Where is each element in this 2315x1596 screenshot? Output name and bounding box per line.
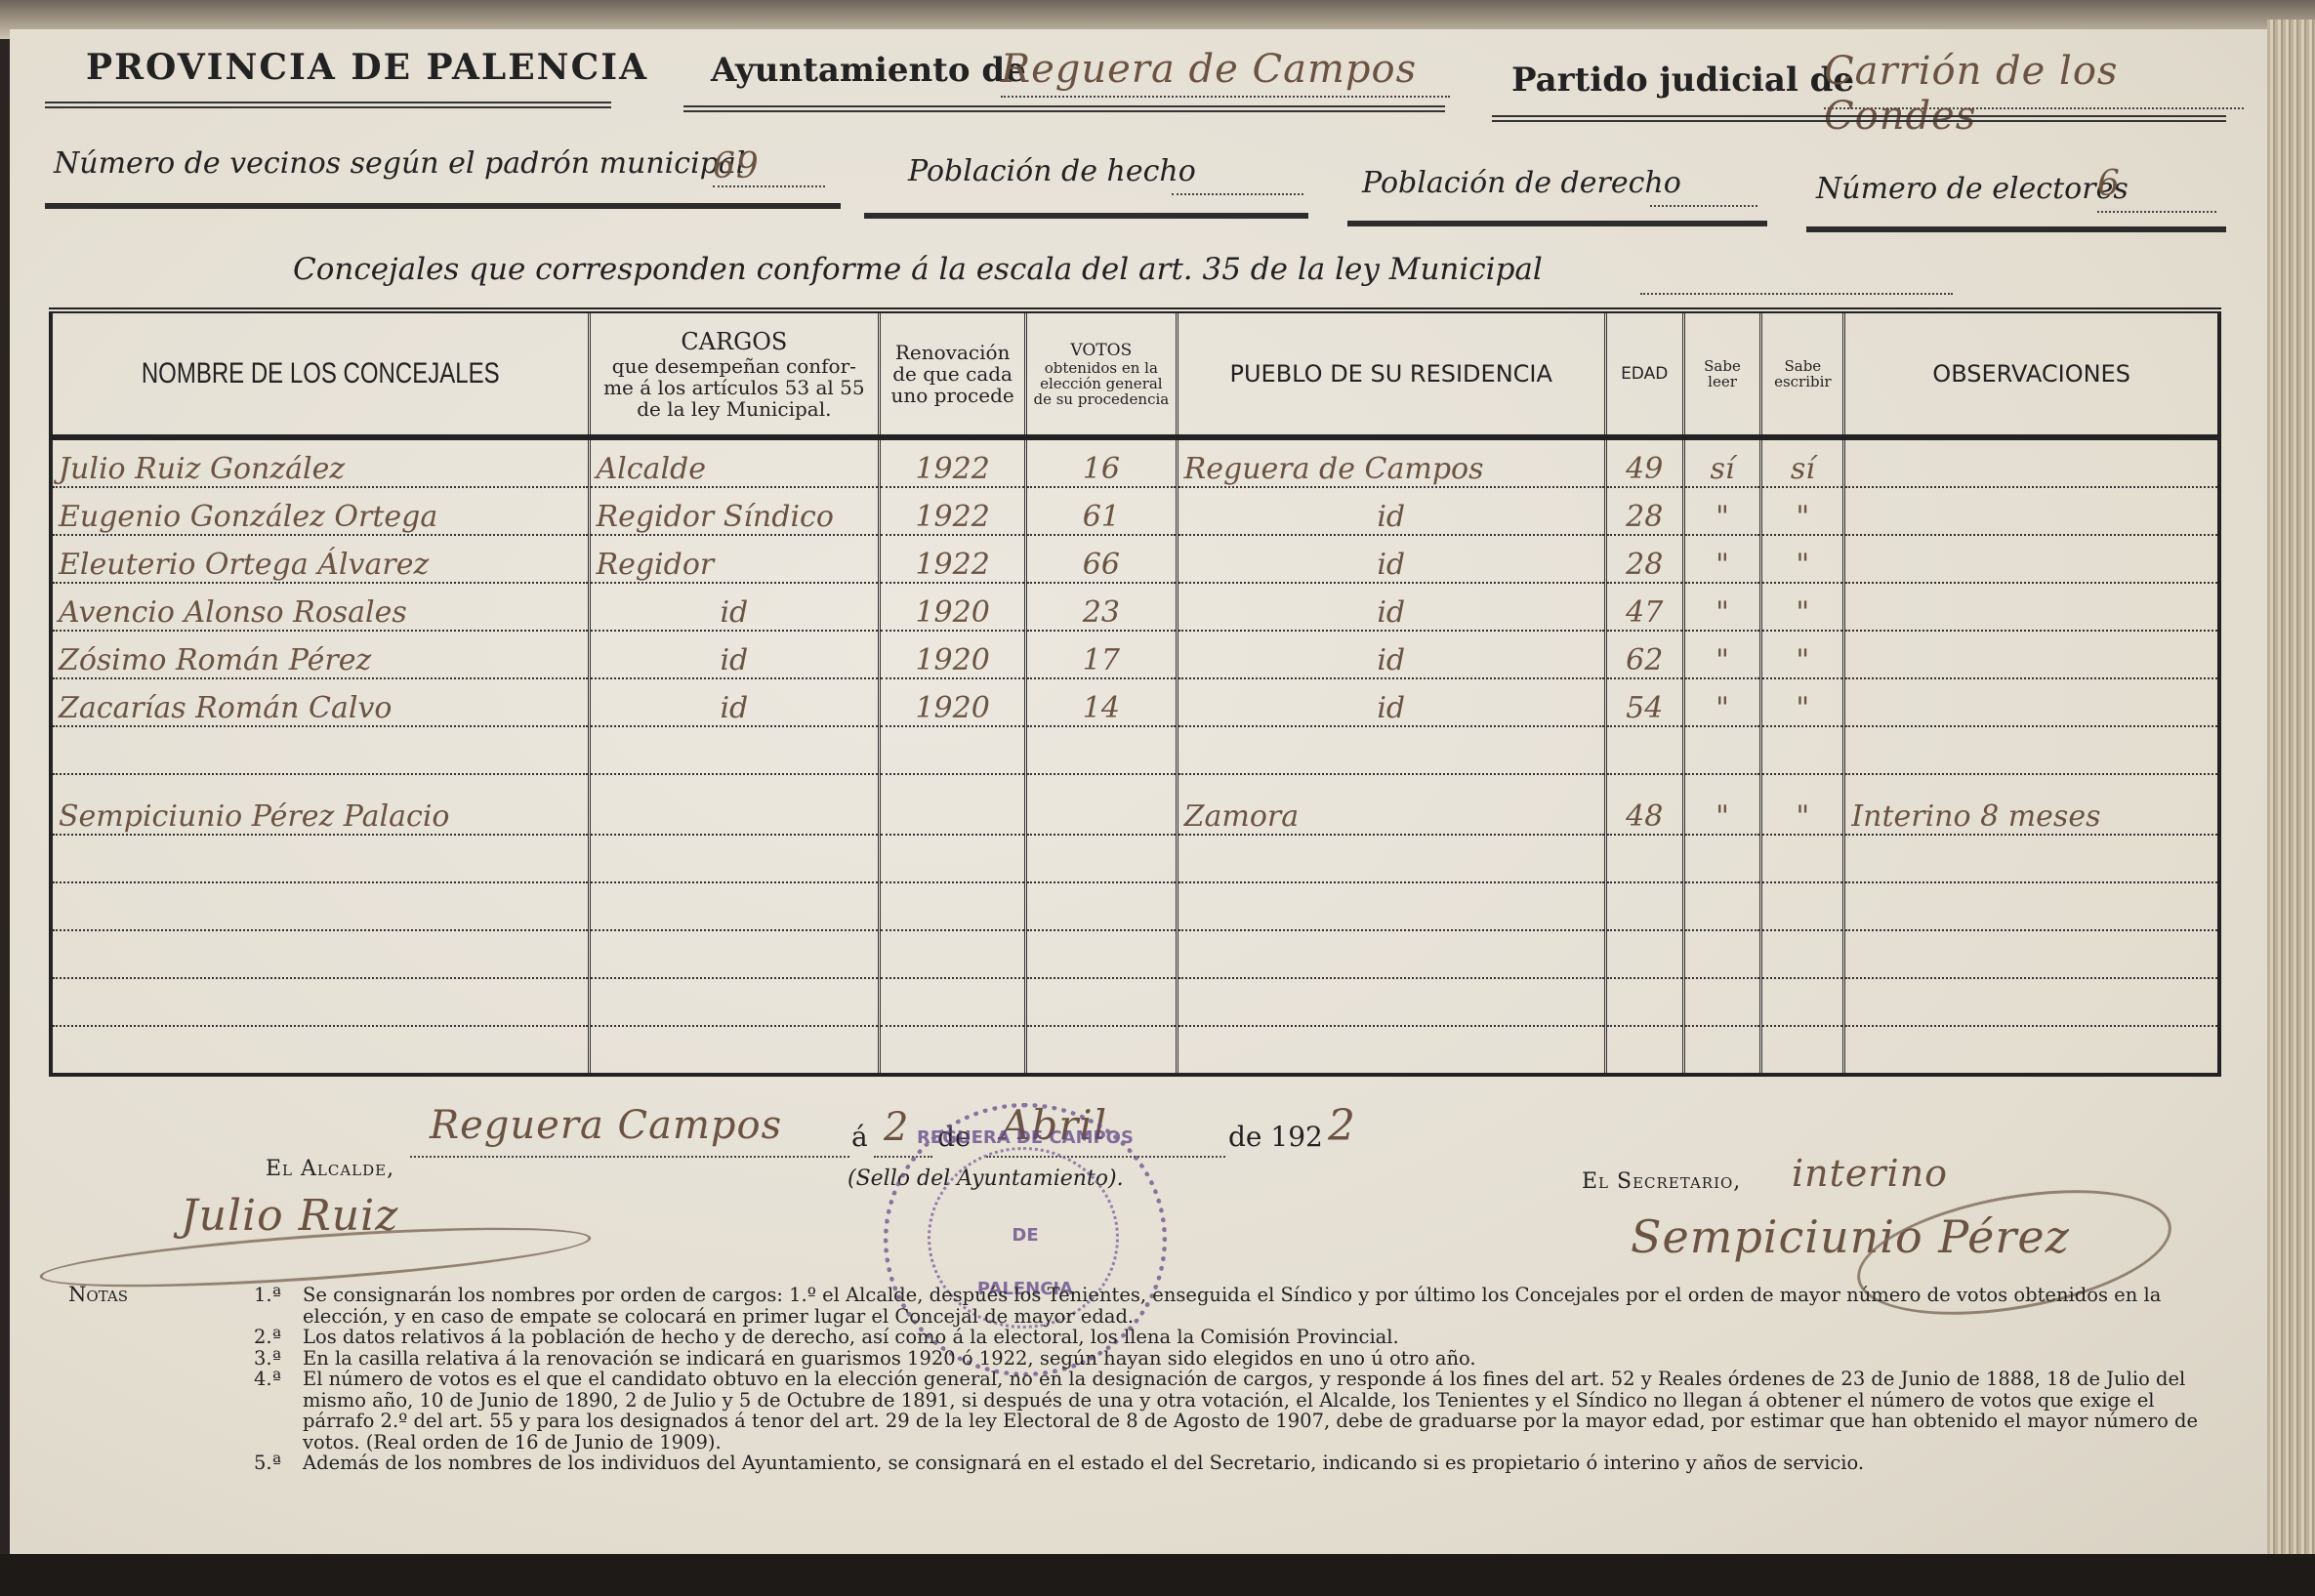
concejales-value[interactable]: [1640, 283, 1953, 295]
cell-nombre[interactable]: [51, 1026, 589, 1075]
cell-observaciones[interactable]: [1844, 437, 2219, 487]
cell-nombre[interactable]: Avencio Alonso Rosales: [51, 583, 589, 631]
cell-leer[interactable]: ": [1683, 487, 1761, 535]
cell-votos[interactable]: [1026, 882, 1178, 930]
header-renovacion: Renovación de que cada uno procede: [880, 310, 1026, 437]
cell-edad[interactable]: [1605, 930, 1683, 978]
table-row: Eleuterio Ortega ÁlvarezRegidor192266id2…: [51, 535, 2219, 583]
table-header-row: NOMBRE DE LOS CONCEJALES CARGOSque desem…: [51, 310, 2219, 437]
header-votos: VOTOSobtenidos en la elección general de…: [1026, 310, 1178, 437]
cell-pueblo[interactable]: [1177, 930, 1605, 978]
table-row: Julio Ruiz GonzálezAlcalde192216Reguera …: [51, 437, 2219, 487]
cell-observaciones[interactable]: [1844, 678, 2219, 726]
cell-pueblo[interactable]: id: [1177, 487, 1605, 535]
cell-edad[interactable]: 47: [1605, 583, 1683, 631]
vecinos-value[interactable]: 69: [713, 146, 825, 187]
cell-edad[interactable]: [1605, 978, 1683, 1026]
cell-edad[interactable]: [1605, 1026, 1683, 1075]
cell-observaciones[interactable]: [1844, 930, 2219, 978]
cell-pueblo[interactable]: [1177, 1026, 1605, 1075]
cell-votos[interactable]: [1026, 835, 1178, 882]
cell-renovacion[interactable]: 1922: [880, 535, 1026, 583]
cell-cargo[interactable]: [589, 882, 880, 930]
cell-edad[interactable]: 28: [1605, 487, 1683, 535]
cell-escribir[interactable]: sí: [1761, 437, 1844, 487]
table-row: [51, 726, 2219, 774]
cell-cargo[interactable]: Regidor Síndico: [589, 487, 880, 535]
cell-votos[interactable]: [1026, 726, 1178, 774]
cell-votos[interactable]: [1026, 930, 1178, 978]
header-observaciones: OBSERVACIONES: [1844, 310, 2219, 437]
cell-votos[interactable]: 66: [1026, 535, 1178, 583]
note-1: 1.ªSe consignarán los nombres por orden …: [68, 1285, 2226, 1327]
cell-observaciones[interactable]: [1844, 978, 2219, 1026]
cell-leer[interactable]: ": [1683, 774, 1761, 835]
table-row: Zacarías Román Calvoid192014id54"": [51, 678, 2219, 726]
cell-edad[interactable]: [1605, 835, 1683, 882]
cell-votos[interactable]: 17: [1026, 631, 1178, 678]
header-edad: EDAD: [1605, 310, 1683, 437]
cell-escribir[interactable]: [1761, 726, 1844, 774]
dateline-a: á: [851, 1121, 868, 1153]
cell-votos[interactable]: 16: [1026, 437, 1178, 487]
cell-votos[interactable]: [1026, 978, 1178, 1026]
cell-nombre[interactable]: Julio Ruiz González: [51, 437, 589, 487]
cell-escribir[interactable]: ": [1761, 487, 1844, 535]
cell-nombre[interactable]: Sempiciunio Pérez Palacio: [51, 774, 589, 835]
cell-pueblo[interactable]: id: [1177, 535, 1605, 583]
cell-escribir[interactable]: [1761, 978, 1844, 1026]
vecinos-rule: [45, 203, 841, 209]
partido-value[interactable]: Carrión de los Condes: [1824, 49, 2244, 109]
stamp-middle-text: DE: [889, 1225, 1162, 1246]
cell-leer[interactable]: [1683, 978, 1761, 1026]
cell-leer[interactable]: ": [1683, 631, 1761, 678]
vecinos-label: Número de vecinos según el padrón munici…: [54, 146, 745, 181]
cell-renovacion[interactable]: [880, 774, 1026, 835]
cell-escribir[interactable]: [1761, 1026, 1844, 1075]
dateline-place-field[interactable]: Reguera Campos: [410, 1123, 849, 1158]
cell-observaciones[interactable]: [1844, 583, 2219, 631]
cell-leer[interactable]: [1683, 835, 1761, 882]
table-row: [51, 835, 2219, 882]
cell-renovacion[interactable]: [880, 1026, 1026, 1075]
note-4: 4.ªEl número de votos es el que el candi…: [68, 1369, 2226, 1453]
header-leer: Sabe leer: [1683, 310, 1761, 437]
cell-pueblo[interactable]: id: [1177, 583, 1605, 631]
secretario-note: interino: [1792, 1152, 1948, 1195]
cell-edad[interactable]: 48: [1605, 774, 1683, 835]
cell-pueblo[interactable]: Reguera de Campos: [1177, 437, 1605, 487]
secretario-label: El Secretario,: [1582, 1169, 1741, 1194]
cell-escribir[interactable]: ": [1761, 631, 1844, 678]
concejales-table: NOMBRE DE LOS CONCEJALES CARGOSque desem…: [49, 307, 2221, 1077]
cell-cargo[interactable]: [589, 835, 880, 882]
cell-edad[interactable]: 49: [1605, 437, 1683, 487]
partido-rule: [1492, 115, 2226, 122]
cell-edad[interactable]: 28: [1605, 535, 1683, 583]
cell-nombre[interactable]: [51, 726, 589, 774]
table-row: Eugenio González OrtegaRegidor Síndico19…: [51, 487, 2219, 535]
cell-leer[interactable]: ": [1683, 583, 1761, 631]
cell-observaciones[interactable]: [1844, 835, 2219, 882]
electores-rule: [1806, 226, 2226, 232]
cell-observaciones[interactable]: [1844, 487, 2219, 535]
cell-escribir[interactable]: [1761, 882, 1844, 930]
cell-edad[interactable]: [1605, 882, 1683, 930]
stamp-top-text: REGUERA DE CAMPOS: [889, 1127, 1162, 1148]
ayuntamiento-label: Ayuntamiento de: [711, 51, 1026, 90]
dateline-year-digit[interactable]: 2: [1328, 1101, 1356, 1151]
cell-leer[interactable]: ": [1683, 535, 1761, 583]
cell-nombre[interactable]: Zacarías Román Calvo: [51, 678, 589, 726]
cell-edad[interactable]: 54: [1605, 678, 1683, 726]
cell-escribir[interactable]: [1761, 835, 1844, 882]
cell-cargo[interactable]: [589, 774, 880, 835]
cell-leer[interactable]: ": [1683, 678, 1761, 726]
hecho-label: Población de hecho: [908, 154, 1196, 188]
cell-cargo[interactable]: [589, 1026, 880, 1075]
hecho-rule: [864, 213, 1308, 219]
table-row: Sempiciunio Pérez PalacioZamora48""Inter…: [51, 774, 2219, 835]
cell-renovacion[interactable]: 1920: [880, 631, 1026, 678]
ayuntamiento-value[interactable]: Reguera de Campos: [1001, 47, 1450, 98]
cell-cargo[interactable]: [589, 726, 880, 774]
cell-renovacion[interactable]: [880, 835, 1026, 882]
table-row: Avencio Alonso Rosalesid192023id47"": [51, 583, 2219, 631]
cell-leer[interactable]: [1683, 726, 1761, 774]
concejales-label: Concejales que corresponden conforme á l…: [293, 252, 1543, 287]
cell-leer[interactable]: [1683, 930, 1761, 978]
cell-observaciones[interactable]: [1844, 535, 2219, 583]
cell-nombre[interactable]: [51, 835, 589, 882]
title-rule: [45, 102, 611, 108]
cell-votos[interactable]: 14: [1026, 678, 1178, 726]
ayuntamiento-rule: [683, 105, 1445, 112]
cell-nombre[interactable]: [51, 930, 589, 978]
cell-pueblo[interactable]: id: [1177, 631, 1605, 678]
partido-label: Partido judicial de: [1511, 61, 1854, 100]
cell-pueblo[interactable]: id: [1177, 678, 1605, 726]
note-2: 2.ªLos datos relativos á la población de…: [68, 1327, 2226, 1348]
cell-nombre[interactable]: [51, 882, 589, 930]
cell-pueblo[interactable]: [1177, 726, 1605, 774]
table-row: [51, 978, 2219, 1026]
cell-escribir[interactable]: [1761, 930, 1844, 978]
cell-votos[interactable]: 61: [1026, 487, 1178, 535]
cell-votos[interactable]: [1026, 774, 1178, 835]
header-pueblo: PUEBLO DE SU RESIDENCIA: [1177, 310, 1605, 437]
electores-value[interactable]: 6: [2097, 164, 2216, 213]
table-row: [51, 930, 2219, 978]
book-bottom-shadow: [0, 1554, 2315, 1596]
header-cargos: CARGOSque desempeñan confor- me á los ar…: [589, 310, 880, 437]
cell-renovacion[interactable]: [880, 978, 1026, 1026]
note-3: 3.ªEn la casilla relativa á la renovació…: [68, 1348, 2226, 1370]
table-row: [51, 1026, 2219, 1075]
dateline-place: Reguera Campos: [430, 1103, 782, 1148]
cell-cargo[interactable]: id: [589, 678, 880, 726]
hecho-value[interactable]: [1172, 154, 1303, 195]
cell-nombre[interactable]: Eugenio González Ortega: [51, 487, 589, 535]
cell-cargo[interactable]: id: [589, 631, 880, 678]
cell-pueblo[interactable]: [1177, 978, 1605, 1026]
table-row: Zósimo Román Pérezid192017id62"": [51, 631, 2219, 678]
cell-edad[interactable]: [1605, 726, 1683, 774]
derecho-label: Población de derecho: [1362, 166, 1681, 200]
book-page-edges: [2267, 20, 2315, 1562]
cell-pueblo[interactable]: [1177, 835, 1605, 882]
cell-cargo[interactable]: id: [589, 583, 880, 631]
dateline-year-prefix: de 192: [1228, 1121, 1323, 1153]
cell-renovacion[interactable]: 1922: [880, 437, 1026, 487]
cell-votos[interactable]: [1026, 1026, 1178, 1075]
cell-cargo[interactable]: [589, 930, 880, 978]
header-escribir: Sabe escribir: [1761, 310, 1844, 437]
province-title: PROVINCIA DE PALENCIA: [86, 47, 648, 88]
cell-cargo[interactable]: Regidor: [589, 535, 880, 583]
cell-observaciones[interactable]: [1844, 882, 2219, 930]
cell-escribir[interactable]: ": [1761, 535, 1844, 583]
notes-section: Notas 1.ªSe consignarán los nombres por …: [68, 1285, 2226, 1474]
cell-escribir[interactable]: ": [1761, 678, 1844, 726]
derecho-value[interactable]: [1650, 166, 1757, 207]
cell-renovacion[interactable]: 1920: [880, 678, 1026, 726]
cell-renovacion[interactable]: [880, 930, 1026, 978]
cell-nombre[interactable]: Eleuterio Ortega Álvarez: [51, 535, 589, 583]
cell-cargo[interactable]: Alcalde: [589, 437, 880, 487]
note-5: 5.ªAdemás de los nombres de los individu…: [68, 1453, 2226, 1474]
cell-votos[interactable]: 23: [1026, 583, 1178, 631]
cell-leer[interactable]: [1683, 1026, 1761, 1075]
cell-pueblo[interactable]: [1177, 882, 1605, 930]
electores-label: Número de electores: [1816, 172, 2129, 206]
cell-observaciones[interactable]: Interino 8 meses: [1844, 774, 2219, 835]
cell-renovacion[interactable]: 1920: [880, 583, 1026, 631]
cell-observaciones[interactable]: [1844, 631, 2219, 678]
cell-cargo[interactable]: [589, 978, 880, 1026]
header-nombre: NOMBRE DE LOS CONCEJALES: [51, 310, 589, 437]
cell-leer[interactable]: [1683, 882, 1761, 930]
table-row: [51, 882, 2219, 930]
cell-renovacion[interactable]: [880, 882, 1026, 930]
cell-observaciones[interactable]: [1844, 726, 2219, 774]
derecho-rule: [1347, 221, 1767, 226]
cell-edad[interactable]: 62: [1605, 631, 1683, 678]
cell-leer[interactable]: sí: [1683, 437, 1761, 487]
cell-renovacion[interactable]: [880, 726, 1026, 774]
cell-pueblo[interactable]: Zamora: [1177, 774, 1605, 835]
alcalde-label: El Alcalde,: [266, 1157, 394, 1181]
cell-nombre[interactable]: Zósimo Román Pérez: [51, 631, 589, 678]
cell-nombre[interactable]: [51, 978, 589, 1026]
cell-escribir[interactable]: ": [1761, 774, 1844, 835]
cell-escribir[interactable]: ": [1761, 583, 1844, 631]
cell-renovacion[interactable]: 1922: [880, 487, 1026, 535]
cell-observaciones[interactable]: [1844, 1026, 2219, 1075]
